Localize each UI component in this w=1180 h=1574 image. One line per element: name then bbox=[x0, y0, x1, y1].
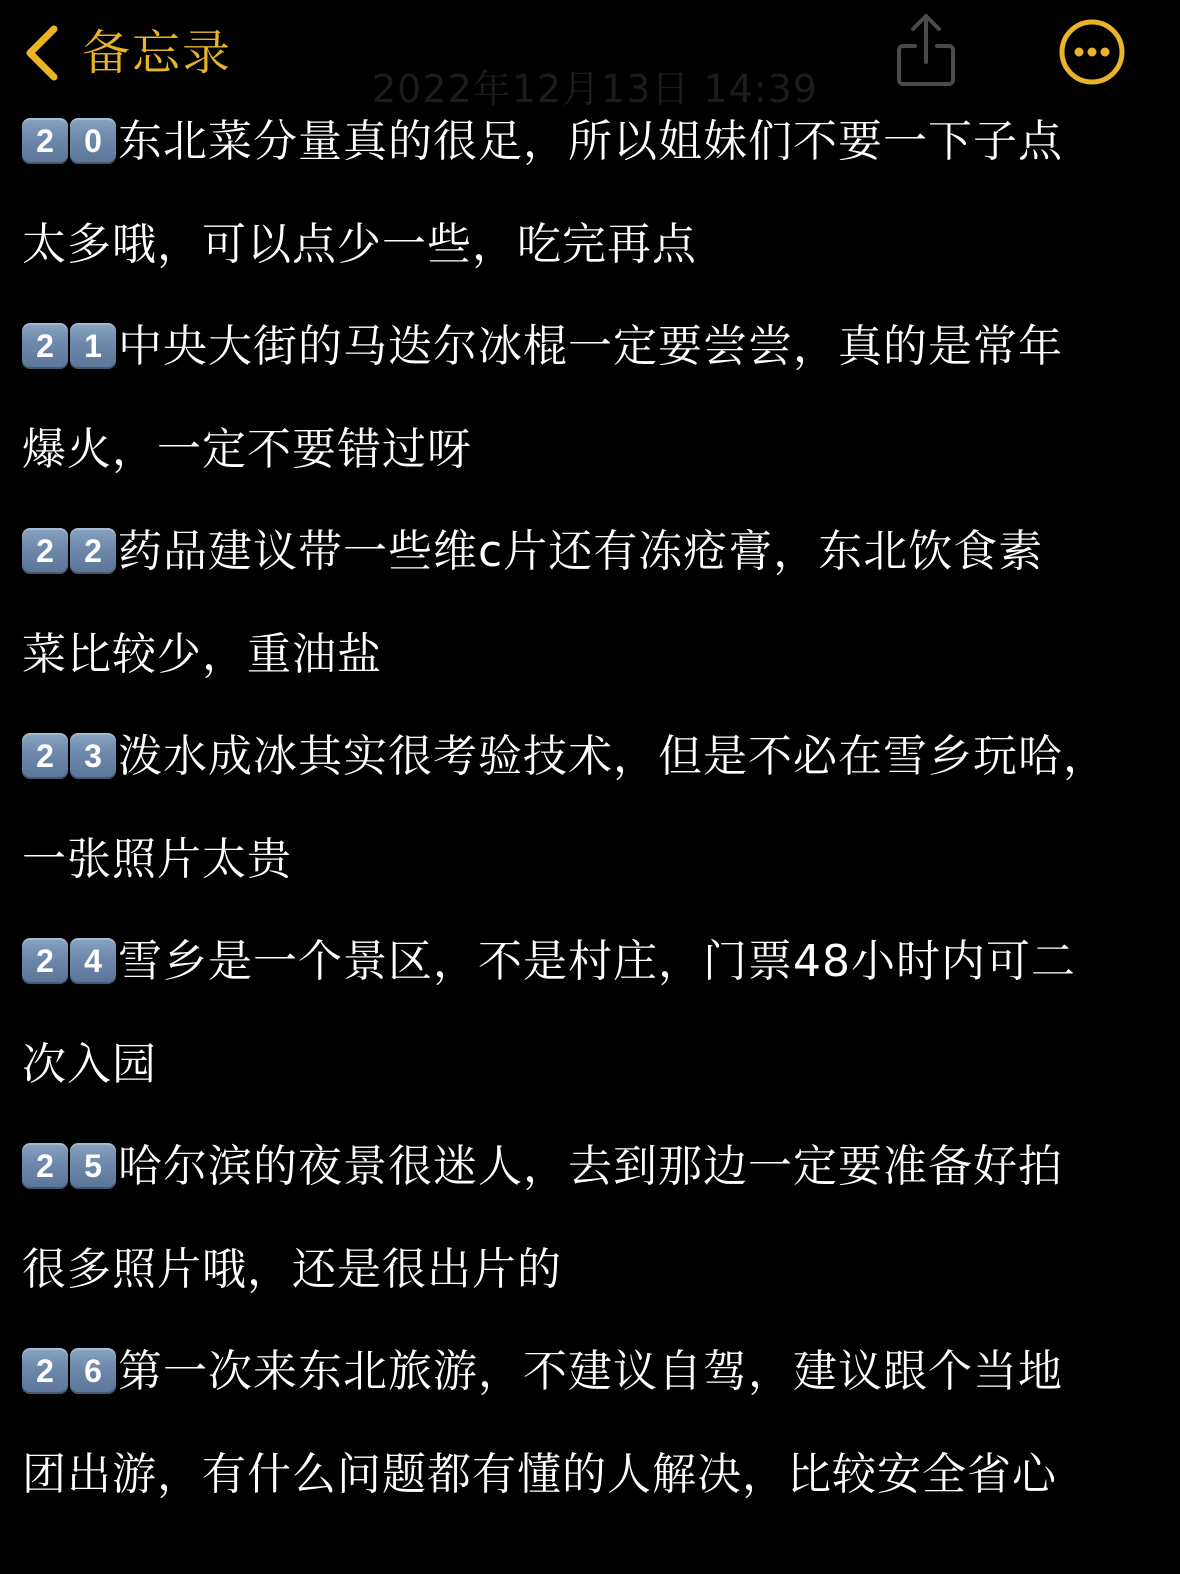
keycap-digit-icon: 2 bbox=[22, 1143, 68, 1189]
keycap-digit-icon: 2 bbox=[70, 528, 116, 574]
note-line: 菜比较少，重油盐 bbox=[22, 621, 1172, 724]
keycap-number-22: 2 2 bbox=[22, 528, 116, 574]
note-timestamp: 2022年12月13日 14:39 bbox=[350, 66, 840, 112]
note-line: 太多哦，可以点少一些，吃完再点 bbox=[22, 211, 1172, 314]
keycap-number-26: 2 6 bbox=[22, 1348, 116, 1394]
note-text: 爆火，一定不要错过呀 bbox=[22, 416, 472, 484]
note-line: 2 3 泼水成冰其实很考验技术，但是不必在雪乡玩哈， bbox=[22, 723, 1172, 826]
note-line: 2 0 东北菜分量真的很足，所以姐妹们不要一下子点 bbox=[22, 108, 1172, 211]
keycap-digit-icon: 2 bbox=[22, 733, 68, 779]
note-item-26: 2 6 第一次来东北旅游，不建议自驾，建议跟个当地 团出游，有什么问题都有懂的人… bbox=[22, 1338, 1172, 1543]
note-text: 菜比较少，重油盐 bbox=[22, 621, 382, 689]
keycap-digit-icon: 5 bbox=[70, 1143, 116, 1189]
keycap-digit-icon: 4 bbox=[70, 938, 116, 984]
note-line: 2 1 中央大街的马迭尔冰棍一定要尝尝，真的是常年 bbox=[22, 313, 1172, 416]
note-text: 泼水成冰其实很考验技术，但是不必在雪乡玩哈， bbox=[118, 723, 1108, 791]
keycap-digit-icon: 0 bbox=[70, 118, 116, 164]
more-options-button[interactable] bbox=[1058, 18, 1126, 86]
note-line: 一张照片太贵 bbox=[22, 826, 1172, 929]
note-line: 2 4 雪乡是一个景区，不是村庄，门票48小时内可二 bbox=[22, 928, 1172, 1031]
keycap-number-23: 2 3 bbox=[22, 733, 116, 779]
note-text: 中央大街的马迭尔冰棍一定要尝尝，真的是常年 bbox=[118, 313, 1063, 381]
note-item-24: 2 4 雪乡是一个景区，不是村庄，门票48小时内可二 次入园 bbox=[22, 928, 1172, 1133]
note-line: 2 6 第一次来东北旅游，不建议自驾，建议跟个当地 bbox=[22, 1338, 1172, 1441]
back-label: 备忘录 bbox=[82, 23, 232, 83]
note-line: 很多照片哦，还是很出片的 bbox=[22, 1236, 1172, 1339]
keycap-digit-icon: 1 bbox=[70, 323, 116, 369]
share-icon bbox=[893, 10, 959, 90]
keycap-number-21: 2 1 bbox=[22, 323, 116, 369]
keycap-digit-icon: 3 bbox=[70, 733, 116, 779]
back-button[interactable]: 备忘录 bbox=[22, 18, 232, 88]
note-line: 爆火，一定不要错过呀 bbox=[22, 416, 1172, 519]
note-item-22: 2 2 药品建议带一些维c片还有冻疮膏，东北饮食素 菜比较少，重油盐 bbox=[22, 518, 1172, 723]
keycap-digit-icon: 2 bbox=[22, 323, 68, 369]
note-text: 药品建议带一些维c片还有冻疮膏，东北饮食素 bbox=[118, 518, 1043, 586]
note-text: 很多照片哦，还是很出片的 bbox=[22, 1236, 562, 1304]
note-item-25: 2 5 哈尔滨的夜景很迷人，去到那边一定要准备好拍 很多照片哦，还是很出片的 bbox=[22, 1133, 1172, 1338]
note-text: 哈尔滨的夜景很迷人，去到那边一定要准备好拍 bbox=[118, 1133, 1063, 1201]
note-text: 雪乡是一个景区，不是村庄，门票48小时内可二 bbox=[118, 928, 1076, 996]
more-icon bbox=[1058, 18, 1126, 86]
note-text: 一张照片太贵 bbox=[22, 826, 292, 894]
note-line: 2 5 哈尔滨的夜景很迷人，去到那边一定要准备好拍 bbox=[22, 1133, 1172, 1236]
keycap-number-24: 2 4 bbox=[22, 938, 116, 984]
note-item-23: 2 3 泼水成冰其实很考验技术，但是不必在雪乡玩哈， 一张照片太贵 bbox=[22, 723, 1172, 928]
keycap-digit-icon: 2 bbox=[22, 118, 68, 164]
note-text: 太多哦，可以点少一些，吃完再点 bbox=[22, 211, 697, 279]
note-body[interactable]: 2 0 东北菜分量真的很足，所以姐妹们不要一下子点 太多哦，可以点少一些，吃完再… bbox=[22, 108, 1172, 1543]
keycap-number-20: 2 0 bbox=[22, 118, 116, 164]
keycap-digit-icon: 2 bbox=[22, 528, 68, 574]
keycap-digit-icon: 6 bbox=[70, 1348, 116, 1394]
note-line: 团出游，有什么问题都有懂的人解决，比较安全省心 bbox=[22, 1441, 1172, 1544]
note-item-21: 2 1 中央大街的马迭尔冰棍一定要尝尝，真的是常年 爆火，一定不要错过呀 bbox=[22, 313, 1172, 518]
share-button[interactable] bbox=[893, 10, 959, 90]
note-text: 第一次来东北旅游，不建议自驾，建议跟个当地 bbox=[118, 1338, 1063, 1406]
note-text: 东北菜分量真的很足，所以姐妹们不要一下子点 bbox=[118, 108, 1063, 176]
note-item-20: 2 0 东北菜分量真的很足，所以姐妹们不要一下子点 太多哦，可以点少一些，吃完再… bbox=[22, 108, 1172, 313]
note-line: 次入园 bbox=[22, 1031, 1172, 1134]
note-text: 次入园 bbox=[22, 1031, 157, 1099]
chevron-left-icon bbox=[22, 23, 62, 83]
keycap-digit-icon: 2 bbox=[22, 938, 68, 984]
keycap-digit-icon: 2 bbox=[22, 1348, 68, 1394]
note-text: 团出游，有什么问题都有懂的人解决，比较安全省心 bbox=[22, 1441, 1057, 1509]
note-line: 2 2 药品建议带一些维c片还有冻疮膏，东北饮食素 bbox=[22, 518, 1172, 621]
keycap-number-25: 2 5 bbox=[22, 1143, 116, 1189]
